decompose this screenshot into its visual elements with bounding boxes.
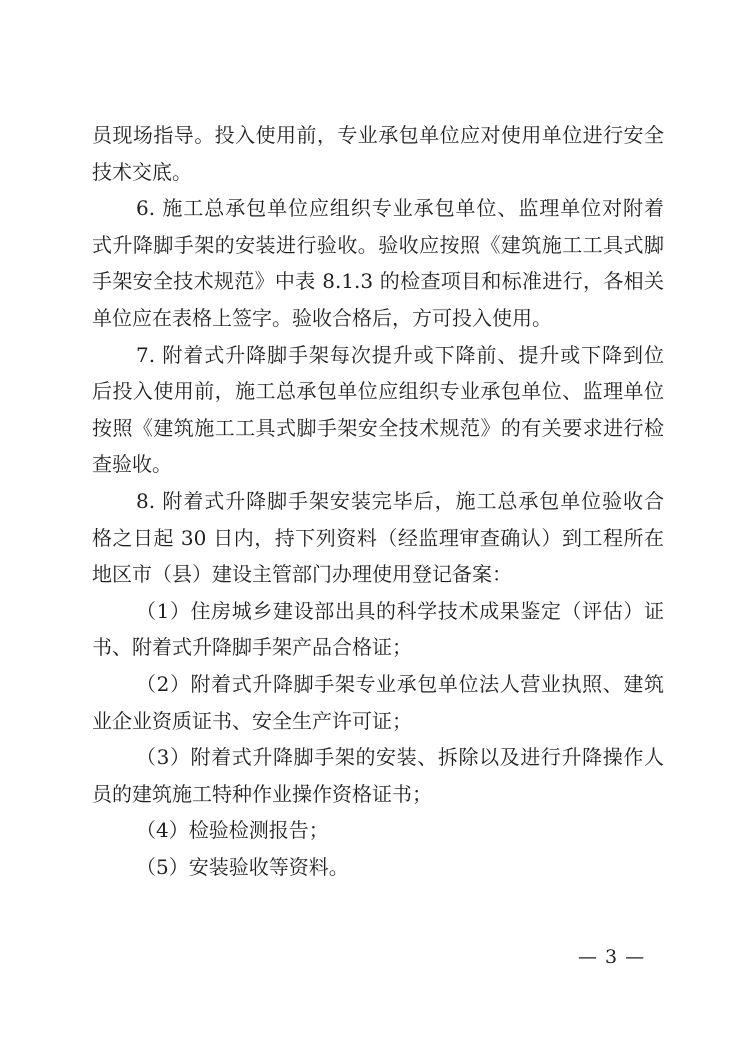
document-line: 8. 附着式升降脚手架安装完毕后，施工总承包单位验收合 — [92, 483, 664, 520]
document-line: （2）附着式升降脚手架专业承包单位法人营业执照、建筑 — [92, 666, 664, 703]
page-number: — 3 — — [578, 945, 645, 969]
document-line: （3）附着式升降脚手架的安装、拆除以及进行升降操作人 — [92, 739, 664, 776]
document-line: （4）检验检测报告； — [92, 812, 664, 849]
document-line: 书、附着式升降脚手架产品合格证； — [92, 629, 664, 666]
document-line: 7. 附着式升降脚手架每次提升或下降前、提升或下降到位 — [92, 337, 664, 374]
document-line: 按照《建筑施工工具式脚手架安全技术规范》的有关要求进行检 — [92, 410, 664, 447]
document-line: 技术交底。 — [92, 154, 664, 191]
text-block: 员现场指导。投入使用前，专业承包单位应对使用单位进行安全技术交底。6. 施工总承… — [92, 117, 664, 885]
document-line: 单位应在表格上签字。验收合格后，方可投入使用。 — [92, 300, 664, 337]
document-line: 6. 施工总承包单位应组织专业承包单位、监理单位对附着 — [92, 190, 664, 227]
document-page: 员现场指导。投入使用前，专业承包单位应对使用单位进行安全技术交底。6. 施工总承… — [0, 0, 750, 1061]
document-line: 查验收。 — [92, 446, 664, 483]
document-line: 地区市（县）建设主管部门办理使用登记备案： — [92, 556, 664, 593]
document-line: 业企业资质证书、安全生产许可证； — [92, 703, 664, 740]
document-line: 手架安全技术规范》中表 8.1.3 的检查项目和标准进行，各相关 — [92, 263, 664, 300]
document-line: 员现场指导。投入使用前，专业承包单位应对使用单位进行安全 — [92, 117, 664, 154]
document-line: （5）安装验收等资料。 — [92, 849, 664, 886]
document-line: 后投入使用前，施工总承包单位应组织专业承包单位、监理单位 — [92, 373, 664, 410]
document-line: 员的建筑施工特种作业操作资格证书； — [92, 776, 664, 813]
document-line: （1）住房城乡建设部出具的科学技术成果鉴定（评估）证 — [92, 593, 664, 630]
document-line: 式升降脚手架的安装进行验收。验收应按照《建筑施工工具式脚 — [92, 227, 664, 264]
document-line: 格之日起 30 日内，持下列资料（经监理审查确认）到工程所在 — [92, 520, 664, 557]
